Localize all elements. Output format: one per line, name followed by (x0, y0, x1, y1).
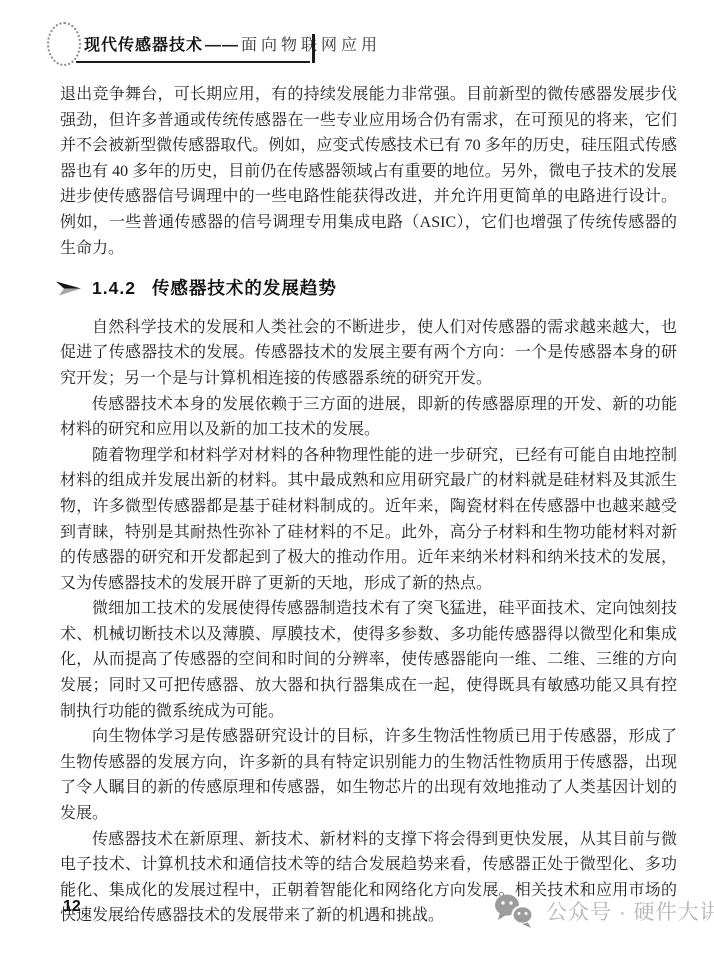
dotted-circle-decoration (47, 22, 81, 66)
paragraph: 随着物理学和材料学对材料的各种物理性能的进一步研究，已经有可能自由地控制材料的组… (60, 443, 677, 597)
paragraph: 向生物体学习是传感器研究设计的目标，许多生物活性物质已用于传感器，形成了生物传感… (60, 724, 677, 826)
paragraph: 退出竞争舞台，可长期应用，有的持续发展能力非常强。目前新型的微传感器发展步伐强劲… (60, 82, 677, 261)
section-title: 传感器技术的发展趋势 (152, 276, 337, 302)
book-title-dash: —— (205, 37, 239, 54)
header-underline (76, 61, 310, 63)
paragraph: 传感器技术本身的发展依赖于三方面的进展，即新的传感器原理的开发、新的功能材料的研… (60, 392, 677, 443)
book-title-main: 现代传感器技术 (84, 37, 203, 54)
page-body: 退出竞争舞台，可长期应用，有的持续发展能力非常强。目前新型的微传感器发展步伐强劲… (60, 82, 677, 929)
arrow-right-icon (56, 280, 82, 297)
wechat-icon (494, 893, 536, 929)
header-vertical-bar (312, 34, 315, 63)
watermark-label: 公众号 · 硬件大讲堂 (546, 896, 714, 926)
paragraph: 微细加工技术的发展使得传感器制造技术有了突飞猛进，硅平面技术、定向蚀刻技术、机械… (60, 596, 677, 724)
page-number: 12 (63, 898, 81, 916)
section-heading-1-4-2: 1.4.2 传感器技术的发展趋势 (56, 276, 677, 302)
section-number: 1.4.2 (92, 276, 136, 302)
paragraph: 自然科学技术的发展和人类社会的不断进步，使人们对传感器的需求越来越大，也促进了传… (60, 315, 677, 392)
watermark: 公众号 · 硬件大讲堂 (494, 893, 714, 929)
page-header: 现代传感器技术——面向物联网应用 (0, 0, 714, 80)
book-title: 现代传感器技术——面向物联网应用 (84, 34, 381, 58)
